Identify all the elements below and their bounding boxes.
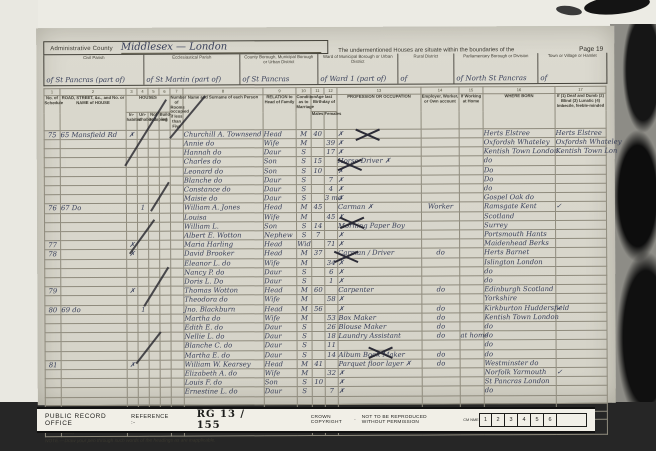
cell-occ: ✗ xyxy=(337,147,421,157)
cell-bld xyxy=(160,240,171,249)
cell-bld xyxy=(160,222,171,231)
cell-rooms xyxy=(171,222,184,231)
field-label: County Borough, Municipal Borough or Urb… xyxy=(242,55,315,65)
cell-cond: S xyxy=(297,267,312,276)
cell-occ: ✗ xyxy=(338,304,422,314)
cell-sched xyxy=(44,149,60,158)
cell-inf xyxy=(556,395,607,403)
cell-born xyxy=(484,395,556,404)
cell-home xyxy=(460,359,484,368)
cell-emp xyxy=(422,368,460,377)
cell-name: Nellie L. do xyxy=(184,332,264,342)
cell-inh xyxy=(127,268,138,277)
cell-rooms xyxy=(171,305,184,314)
cell-unot xyxy=(149,388,160,397)
cell-cond: S xyxy=(296,194,311,203)
col-inhabited: In-habited xyxy=(126,113,137,130)
field-label: Ecclesiastical Parish xyxy=(146,55,237,60)
cell-unot xyxy=(148,167,159,176)
cell-age_m: 41 xyxy=(312,359,325,368)
cell-unot xyxy=(149,268,160,277)
cell-cond: S xyxy=(297,378,312,387)
cell-rel: Wife xyxy=(264,313,297,322)
cell-name: Annie do xyxy=(183,139,263,149)
cell-rooms xyxy=(171,397,184,405)
cell-address xyxy=(61,277,127,286)
cell-emp xyxy=(422,230,460,239)
cell-cond: M xyxy=(296,139,311,148)
cell-bld xyxy=(159,148,170,157)
cell-sched xyxy=(45,351,61,360)
cell-address xyxy=(61,287,127,296)
cell-rel: Head xyxy=(264,304,297,313)
cell-cond: M xyxy=(297,249,312,258)
cell-cond: S xyxy=(297,277,312,286)
admin-county-value: Middlesex — London xyxy=(121,42,321,54)
pen-x-mark xyxy=(333,249,359,265)
field-ecclesiastical-parish: Ecclesiastical Parishof St Martin (part … xyxy=(144,54,240,84)
cell-cond: S xyxy=(296,148,311,157)
cell-born: do xyxy=(483,156,555,166)
col-road: ROAD, STREET, &c., and No. or NAME of HO… xyxy=(60,95,126,130)
cell-born: Yorkshire xyxy=(484,294,556,304)
frame-number: 3 xyxy=(505,413,518,427)
frame-number: 6 xyxy=(544,413,557,427)
cell-rel: Daur xyxy=(264,341,297,350)
cell-sched: 78 xyxy=(45,250,61,259)
cell-rel: Head xyxy=(264,240,297,249)
cell-age_m: 15 xyxy=(311,157,324,166)
cell-age_f: 58 xyxy=(325,295,338,304)
cell-sched xyxy=(44,213,60,222)
cell-address xyxy=(61,222,127,231)
cell-address xyxy=(60,195,126,204)
cell-rooms xyxy=(171,268,184,277)
cell-bld xyxy=(160,388,171,397)
cell-inh xyxy=(127,388,138,397)
cell-address xyxy=(60,185,126,194)
cell-rooms xyxy=(170,194,183,203)
cell-sched xyxy=(45,222,61,231)
cell-rooms xyxy=(171,296,184,305)
field-value: of Ward 1 (part of) xyxy=(320,75,395,83)
cell-inh xyxy=(127,314,138,323)
cell-sched xyxy=(44,158,60,167)
cell-born: Do xyxy=(483,174,555,184)
col-name: Name and Surname of each Person xyxy=(183,95,263,130)
cell-name: Doris L. Do xyxy=(184,277,264,287)
census-page: Administrative County Middlesex — London… xyxy=(36,26,616,406)
frame-empty xyxy=(557,413,587,427)
cell-inf xyxy=(556,257,607,266)
cell-age_m xyxy=(312,258,325,267)
cell-age_m xyxy=(311,139,324,148)
cell-born: Herts Barnet xyxy=(484,248,556,258)
cell-inf xyxy=(556,331,607,340)
cell-age_m xyxy=(312,295,325,304)
cell-home xyxy=(460,294,484,303)
cell-address xyxy=(61,342,127,351)
cell-unot xyxy=(149,323,160,332)
cell-cond: M xyxy=(296,212,311,221)
cell-rooms xyxy=(171,231,184,240)
cell-rooms xyxy=(171,240,184,249)
cell-occ: ✗ xyxy=(338,267,422,277)
cell-rooms xyxy=(170,204,183,213)
cell-emp xyxy=(421,138,459,147)
cell-inf xyxy=(556,349,607,358)
cell-name: Hannah do xyxy=(183,148,263,158)
admin-county-box: Administrative County Middlesex — London xyxy=(43,40,328,55)
cell-born: do xyxy=(484,386,556,396)
cell-inh xyxy=(127,397,138,405)
cell-inf xyxy=(556,239,607,248)
cell-home xyxy=(459,184,483,193)
record-office-bar: PUBLIC RECORD OFFICE REFERENCE :- RG 13 … xyxy=(37,407,595,433)
crown-copyright: CROWN COPYRIGHT xyxy=(311,415,348,425)
cell-name: Maria Harling xyxy=(184,240,264,250)
cell-name: Maisie do xyxy=(183,194,263,204)
field-label: Ward of Municipal Borough or Urban Distr… xyxy=(320,55,395,65)
film-left-band xyxy=(0,0,38,404)
cell-home xyxy=(460,257,484,266)
field-town-village: Town or Village or Hamletof xyxy=(538,53,606,83)
cell-inf xyxy=(555,156,606,165)
frame-counter-label: CM NME xyxy=(463,418,479,422)
cell-uocc xyxy=(138,397,149,405)
cell-home xyxy=(459,129,483,138)
cell-name: Elizabeth A. do xyxy=(184,369,264,379)
reference-label: REFERENCE :- xyxy=(131,414,169,426)
cell-cond: S xyxy=(297,350,312,359)
cell-cond: S xyxy=(297,332,312,341)
cell-name: Constance do xyxy=(183,185,263,195)
cell-born: Maidenhead Berks xyxy=(484,239,556,249)
field-label: Parliamentary Borough or Division xyxy=(456,54,535,59)
cell-name: Blanche do xyxy=(183,176,263,186)
col-age-males: Males xyxy=(311,112,324,129)
cell-name: Thomas Wotton xyxy=(184,286,264,296)
cell-address xyxy=(61,241,127,250)
cell-cond: M xyxy=(296,129,311,138)
cell-uocc xyxy=(138,360,149,369)
cell-uocc xyxy=(137,158,148,167)
cell-rooms xyxy=(171,314,184,323)
cell-cond: M xyxy=(297,313,312,322)
cell-inf xyxy=(556,312,607,321)
cell-inf xyxy=(555,192,606,201)
pen-x-mark xyxy=(337,157,363,173)
cell-address xyxy=(61,369,127,378)
cell-rooms xyxy=(171,250,184,259)
cell-age_m xyxy=(311,148,324,157)
cell-born: do xyxy=(484,340,556,350)
admin-county-label: Administrative County xyxy=(50,46,113,52)
cell-rooms xyxy=(170,158,183,167)
cell-cond: Wid xyxy=(297,240,312,249)
cell-rel: Nephew xyxy=(264,231,297,240)
cell-unot xyxy=(149,231,160,240)
cell-age_f xyxy=(324,129,337,138)
cell-inf xyxy=(556,266,607,275)
cell-bld xyxy=(159,213,170,222)
cell-unot xyxy=(148,148,159,157)
cell-emp: do xyxy=(422,359,460,368)
cell-unot xyxy=(149,379,160,388)
cell-cond: M xyxy=(297,304,312,313)
cell-occ: ✗ xyxy=(338,295,422,305)
col-number: 3 xyxy=(126,88,137,95)
cell-cond: M xyxy=(297,258,312,267)
cell-address xyxy=(61,259,127,268)
cell-sched xyxy=(45,269,61,278)
cell-rooms xyxy=(170,213,183,222)
cell-age_m xyxy=(312,240,325,249)
cell-sched xyxy=(45,370,61,379)
cell-address xyxy=(61,379,127,388)
cell-address xyxy=(60,149,126,158)
cell-sched: 79 xyxy=(45,287,61,296)
cell-cond: S xyxy=(297,221,312,230)
cell-home xyxy=(460,276,484,285)
cell-born: do xyxy=(484,331,556,341)
cell-occ: ✗ xyxy=(338,368,422,378)
cell-cond: M xyxy=(296,203,311,212)
cell-uocc: 1 xyxy=(137,204,148,213)
cell-age_f: 18 xyxy=(325,332,338,341)
cell-age_m xyxy=(312,267,325,276)
col-age-females: Females xyxy=(324,112,337,129)
cell-home xyxy=(460,377,484,386)
cell-bld xyxy=(160,314,171,323)
cell-rooms xyxy=(171,378,184,387)
cell-rel: Daur xyxy=(263,148,296,157)
cell-address xyxy=(61,351,127,360)
cell-address xyxy=(60,176,126,185)
cell-address xyxy=(61,397,127,405)
cell-uocc xyxy=(138,369,149,378)
cell-born: Do xyxy=(483,165,555,175)
cell-inf xyxy=(556,220,607,229)
cell-occ: ✗ xyxy=(338,377,422,387)
cell-inh xyxy=(127,305,138,314)
cell-name: Edith E. do xyxy=(184,323,264,333)
cell-born: Ramsgate Kent xyxy=(483,202,555,212)
cell-rooms xyxy=(170,176,183,185)
cell-rooms xyxy=(171,342,184,351)
cell-occ: ✗ xyxy=(338,239,422,249)
cell-rooms xyxy=(170,148,183,157)
col-schedule: No. of Schedule xyxy=(44,96,60,131)
cell-name: William A. Jones xyxy=(183,203,263,213)
cell-emp xyxy=(421,147,459,156)
cell-unot xyxy=(149,305,160,314)
cell-age_f: 1 xyxy=(325,276,338,285)
col-age-group: Age last Birthday of xyxy=(311,94,337,112)
cell-bld xyxy=(160,323,171,332)
cell-emp: do xyxy=(422,313,460,322)
cell-name: Martha do xyxy=(184,314,264,324)
cell-age_f: 3 mo xyxy=(324,194,337,203)
cell-sched xyxy=(45,379,61,388)
cell-rooms xyxy=(170,167,183,176)
cell-age_m: 7 xyxy=(312,231,325,240)
cell-rel: Son xyxy=(263,157,296,166)
cell-rooms xyxy=(171,259,184,268)
cell-rel: Head xyxy=(264,249,297,258)
cell-born: Surrey xyxy=(484,220,556,230)
col-infirmity: If (1) Deaf and Dumb (2) Blind (3) Lunat… xyxy=(555,93,606,128)
cell-age_f xyxy=(325,359,338,368)
cell-inh xyxy=(126,176,137,185)
cell-cond: S xyxy=(297,387,312,396)
cell-rooms xyxy=(171,388,184,397)
cell-name: Albert E. Wotton xyxy=(184,231,264,241)
cell-inf: Oxfordsh Whateley xyxy=(555,137,606,146)
cell-rel: Daur xyxy=(264,332,297,341)
cell-occ: ✗ xyxy=(337,193,421,203)
cell-inf: ✓ xyxy=(555,202,606,211)
cell-home xyxy=(460,239,484,248)
cell-uocc xyxy=(138,333,149,342)
field-county-borough: County Borough, Municipal Borough or Urb… xyxy=(240,54,318,84)
cell-name: Louisa xyxy=(183,212,263,222)
reference-number: RG 13 / 155 xyxy=(197,409,251,431)
cell-bld xyxy=(160,351,171,360)
cell-uocc xyxy=(137,185,148,194)
cell-occ: Laundry Assistant xyxy=(338,331,422,341)
cell-home xyxy=(460,230,484,239)
cell-inh xyxy=(127,296,138,305)
cell-rooms xyxy=(170,185,183,194)
cell-bld xyxy=(159,139,170,148)
cell-rel: Son xyxy=(264,378,297,387)
cell-emp xyxy=(422,377,460,386)
cell-born: Norfolk Yarmouth xyxy=(484,368,556,378)
cell-age_f: 11 xyxy=(325,341,338,350)
cell-age_m: 56 xyxy=(312,304,325,313)
cell-sched xyxy=(44,176,60,185)
frame-number: 1 xyxy=(479,413,492,427)
cell-born: Herts Elstree xyxy=(483,128,555,138)
cell-sched xyxy=(45,296,61,305)
cell-uocc xyxy=(138,388,149,397)
cell-unot xyxy=(148,139,159,148)
cell-unot xyxy=(148,176,159,185)
cell-emp xyxy=(422,258,460,267)
cell-emp: do xyxy=(422,331,460,340)
frame-number: 4 xyxy=(518,413,531,427)
cell-rel: Head xyxy=(263,203,296,212)
cell-rel: Daur xyxy=(264,277,297,286)
cell-rel: Wife xyxy=(264,295,297,304)
cell-sched xyxy=(45,315,61,324)
cell-age_m: 10 xyxy=(311,166,324,175)
cell-unot xyxy=(149,240,160,249)
field-value: of North St Pancras xyxy=(456,74,535,82)
cell-born: Kirkburton Huddersfield xyxy=(484,303,556,313)
cell-sched: 76 xyxy=(44,204,60,213)
field-value: of St Pancras xyxy=(242,75,315,83)
cell-address xyxy=(61,250,127,259)
cell-sched xyxy=(44,140,60,149)
cell-inh xyxy=(127,231,138,240)
cell-age_f: 7 xyxy=(324,175,337,184)
cell-emp xyxy=(421,212,459,221)
cell-rooms xyxy=(171,277,184,286)
cell-bld xyxy=(160,332,171,341)
cell-unot xyxy=(149,397,160,405)
cell-home xyxy=(459,165,483,174)
cell-home xyxy=(460,313,484,322)
cell-uocc xyxy=(138,287,149,296)
cell-unot xyxy=(149,360,160,369)
cell-cond: M xyxy=(297,295,312,304)
cell-inf xyxy=(556,386,607,395)
cell-age_f xyxy=(324,157,337,166)
cell-uocc xyxy=(138,277,149,286)
cell-rel: Daur xyxy=(263,194,296,203)
cell-rel: Head xyxy=(264,286,297,295)
cell-uocc xyxy=(138,250,149,259)
parish-fields-row: Civil Parishof St Pancras (part of)Eccle… xyxy=(43,53,607,86)
cell-inf xyxy=(556,275,607,284)
record-office-label: PUBLIC RECORD OFFICE xyxy=(45,413,109,427)
col-home: If Working at Home xyxy=(459,94,483,129)
cell-born: do xyxy=(484,349,556,359)
cell-bld xyxy=(160,360,171,369)
cell-emp xyxy=(421,193,459,202)
admin-county-row: Administrative County Middlesex — London… xyxy=(43,31,607,55)
frame-number: 2 xyxy=(492,413,505,427)
cell-unot xyxy=(148,185,159,194)
cell-home xyxy=(460,285,484,294)
cell-born: do xyxy=(484,276,556,286)
cell-age_m: 37 xyxy=(312,249,325,258)
cell-inh xyxy=(127,379,138,388)
cell-emp xyxy=(422,294,460,303)
cell-age_m xyxy=(312,313,325,322)
cell-uocc xyxy=(137,148,148,157)
cell-sched xyxy=(45,232,61,241)
cell-rooms xyxy=(171,323,184,332)
cell-emp: do xyxy=(422,248,460,257)
cell-born: do xyxy=(484,322,556,332)
cell-inh xyxy=(127,323,138,332)
frame-number: 5 xyxy=(531,413,544,427)
cell-rooms xyxy=(171,332,184,341)
cell-home xyxy=(460,340,484,349)
cell-name: Nancy P. do xyxy=(184,268,264,278)
cell-cond: M xyxy=(297,369,312,378)
cell-sched xyxy=(45,342,61,351)
cell-bld xyxy=(160,397,171,405)
cell-sched xyxy=(45,388,61,397)
cell-inf xyxy=(555,211,606,220)
cell-cond: S xyxy=(297,341,312,350)
cell-home xyxy=(460,267,484,276)
cell-emp xyxy=(421,184,459,193)
cell-inf xyxy=(556,358,607,367)
cell-age_m xyxy=(311,185,324,194)
cell-address xyxy=(60,167,126,176)
cell-rel: Wife xyxy=(263,212,296,221)
census-table: 1234567891011121314151617 No. of Schedul… xyxy=(43,86,608,438)
cell-cond: S xyxy=(296,166,311,175)
cell-age_m xyxy=(312,332,325,341)
cell-born: Edinburgh Scotland xyxy=(484,285,556,295)
cell-emp xyxy=(422,276,460,285)
